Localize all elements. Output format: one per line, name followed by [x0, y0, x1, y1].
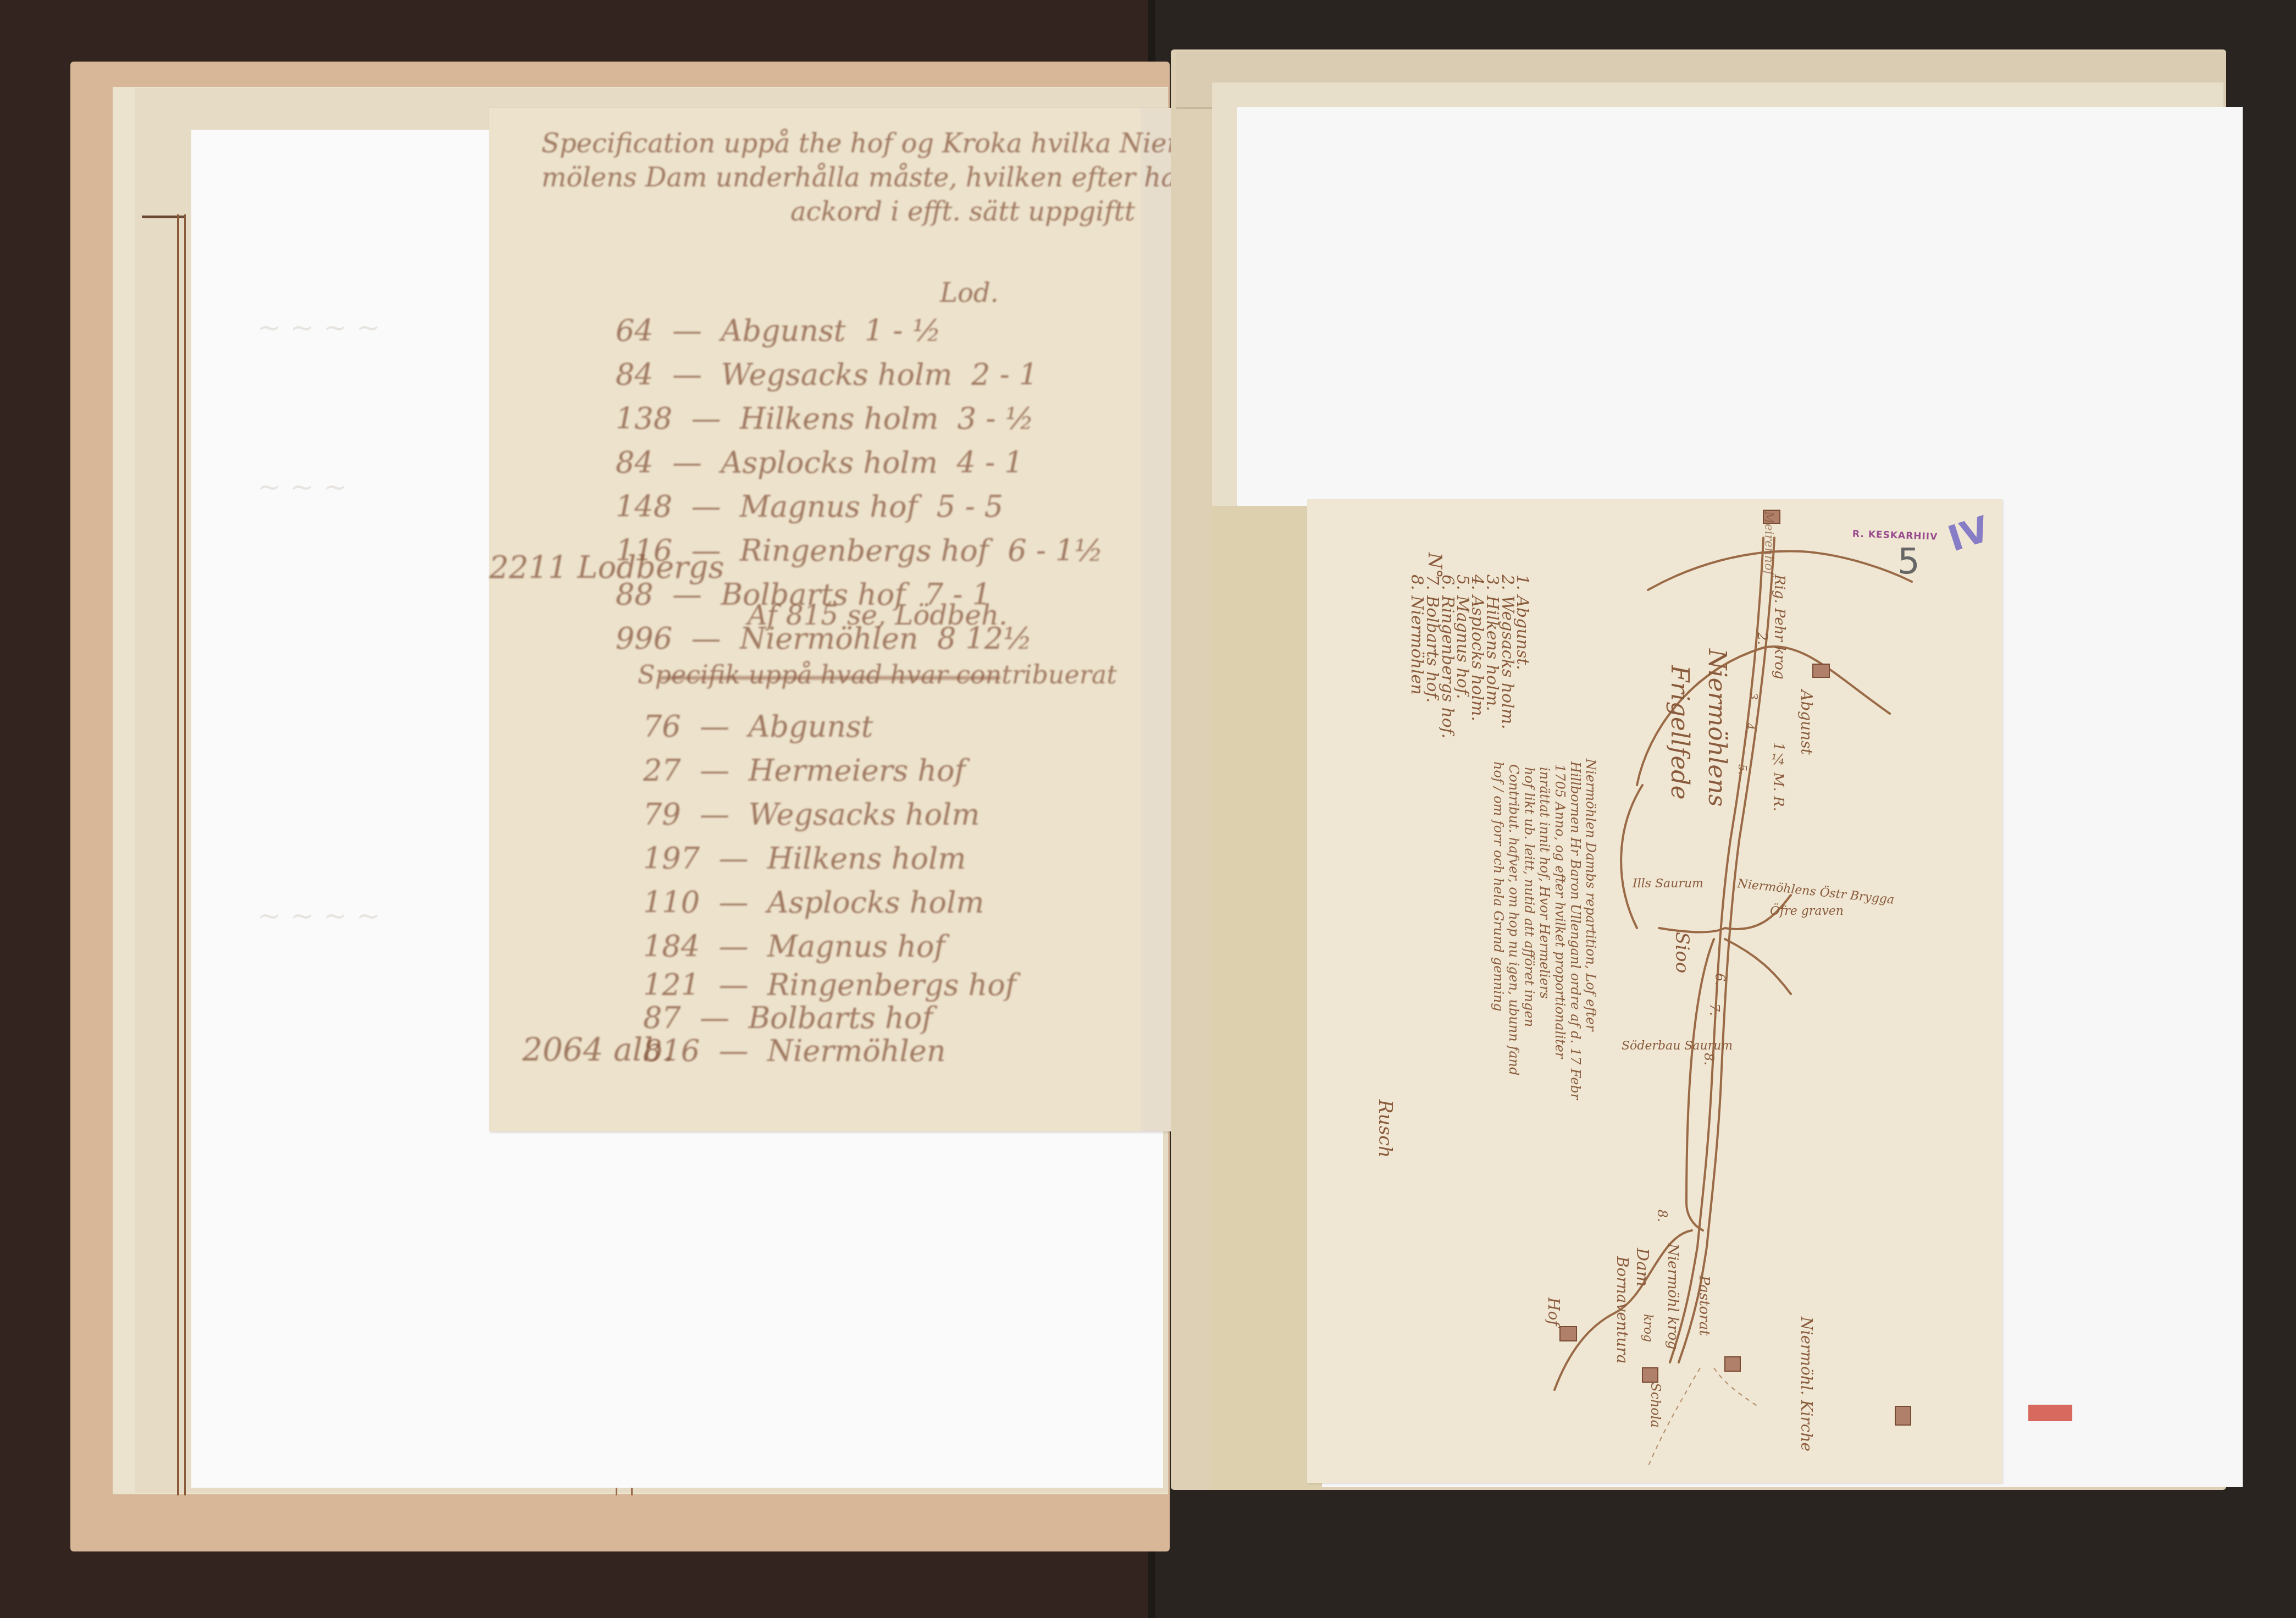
- row-number: 5 - 5: [937, 489, 1003, 524]
- label-soderbau: Söderbau Saurum: [1622, 1039, 1733, 1053]
- printed-rule-horizontal: [142, 216, 186, 218]
- note-line: 1705 Anno, og efter hvilket proportional…: [1552, 764, 1568, 1058]
- list-header: Specification uppå the hof og Kroka hvil…: [541, 126, 1135, 229]
- note-line: hof / om forr och hela Grund genning: [1491, 761, 1506, 1012]
- table-note: Af 815 se, Lödbeh.: [748, 599, 1008, 631]
- table-row: 27 — Hermeiers hof: [643, 753, 966, 788]
- table-row: 816 — Niermöhlen: [643, 1034, 946, 1068]
- row-value: 27: [643, 753, 681, 788]
- row-value: 110: [643, 885, 700, 920]
- row-name: Ringenbergs hof: [767, 968, 1016, 1002]
- row-value: 84: [616, 445, 654, 480]
- show-through-text: ~ ~ ~ ~: [257, 899, 380, 932]
- signature: Rusch: [1374, 1100, 1396, 1158]
- row-name: Asplocks holm: [721, 445, 938, 480]
- map-sheet-backing: [1212, 506, 1322, 1490]
- label-schola: Schola: [1648, 1383, 1663, 1428]
- show-through-text: ~ ~ ~ ~: [257, 311, 380, 344]
- road-marker: 7.: [1707, 1003, 1722, 1016]
- table-row: 79 — Wegsacks holm: [643, 797, 980, 832]
- label-bridge-2: Öfre graven: [1770, 904, 1844, 918]
- note-line: Contribut. hafver, om hop nu igen, ubunn…: [1506, 764, 1522, 1075]
- row-value: 197: [643, 841, 700, 876]
- label-ills-saurum: Ills Saurum: [1633, 877, 1703, 891]
- building-icon: [1642, 1368, 1658, 1382]
- label-dam: Dam: [1633, 1248, 1652, 1286]
- list-column-header: Lod.: [940, 278, 999, 308]
- row-name: Bolbarts hof: [748, 1001, 933, 1035]
- table-row: 197 — Hilkens holm: [643, 841, 966, 876]
- table-row: 76 — Abgunst: [643, 709, 873, 744]
- second-heading: Specifik uppå hvad hvar contribuerat: [638, 660, 1117, 689]
- label-hof: Hof: [1545, 1297, 1563, 1326]
- row-number: 4 - 1: [956, 445, 1023, 480]
- row-name: Magnus hof: [767, 929, 945, 964]
- row-value: 87: [643, 1001, 681, 1035]
- list-header-line: mölens Dam underhålla måste, hvilken eft…: [541, 161, 1135, 195]
- list-header-line: ackord i efft. sätt uppgiftt: [541, 195, 1135, 229]
- row-name: Hilkens holm: [740, 401, 939, 436]
- row-name: Ringenbergs hof: [740, 533, 989, 568]
- label-krog: krog: [1641, 1314, 1655, 1342]
- list-header-line: Specification uppå the hof og Kroka hvil…: [541, 126, 1135, 161]
- row-name: Hilkens holm: [767, 841, 966, 876]
- row-value: 79: [643, 797, 681, 832]
- table-row: 84 — Wegsacks holm 2 - 1: [616, 357, 1038, 392]
- row-name: Wegsacks holm: [721, 357, 952, 392]
- note-line: Hillbornen Hr Baron Ullenganl ordre af d…: [1568, 761, 1583, 1100]
- row-number: 1 - ½: [865, 313, 941, 348]
- road-marker: 3.: [1747, 693, 1760, 703]
- row-number: 3 - ½: [958, 401, 1034, 436]
- row-name: Asplocks holm: [767, 885, 984, 920]
- row-value: 121: [643, 968, 700, 1002]
- note-line: Niermöhlen Dambs repartition, Lof efter: [1583, 759, 1598, 1031]
- church-icon: [1895, 1406, 1911, 1425]
- label-church: Niermöhl. Kirche: [1797, 1317, 1816, 1451]
- label-top-estate: Meirenhof: [1762, 511, 1775, 575]
- row-value: 84: [616, 357, 654, 392]
- road-marker: 8.: [1655, 1210, 1670, 1222]
- note-line: inrättat innit hof, Hvor Hermeliers: [1537, 767, 1552, 998]
- row-value: 76: [643, 709, 681, 744]
- building-icon: [1813, 664, 1829, 677]
- show-through-text: ~ ~ ~: [257, 471, 347, 504]
- table-row: 184 — Magnus hof: [643, 929, 945, 964]
- row-value: 148: [616, 489, 672, 524]
- road-marker: 2.: [1755, 632, 1770, 645]
- red-marker-tab: [2028, 1405, 2072, 1421]
- table-row: 84 — Asplocks holm 4 - 1: [616, 445, 1023, 480]
- label-abgunst: Abgunst: [1797, 690, 1816, 755]
- pencil-folio-number: 5: [1897, 542, 1920, 582]
- row-name: Hermeiers hof: [748, 753, 965, 788]
- row-name: Niermöhlen: [767, 1034, 946, 1068]
- label-rig-pehr-krog: Rig. Pehr krog: [1771, 575, 1788, 680]
- row-name: Magnus hof: [740, 489, 918, 524]
- row-value: 64: [616, 313, 654, 348]
- legend-item-8: 8. Niermöhlen: [1407, 575, 1426, 695]
- label-river: Niermöhlens: [1703, 649, 1731, 807]
- label-niermohl-krog: Niermöhl krog: [1664, 1244, 1681, 1350]
- row-number: 6 - 1½: [1008, 533, 1103, 568]
- note-line: hof likt ub. leitt, nutid att afföret in…: [1522, 767, 1537, 1027]
- building-icon: [1725, 1357, 1740, 1371]
- table-row: 110 — Asplocks holm: [643, 885, 984, 920]
- row-number: 2 - 1: [971, 357, 1038, 392]
- row-name: Abgunst: [721, 313, 845, 348]
- row-name: Wegsacks holm: [748, 797, 980, 832]
- road-marker: 4.: [1744, 723, 1757, 733]
- road-marker: 6.: [1712, 973, 1728, 986]
- label-area: Frigellfede: [1666, 665, 1694, 800]
- table-row: 87 — Bolbarts hof: [643, 1001, 933, 1035]
- label-bornaventura: Bornaventura: [1613, 1256, 1631, 1363]
- row-name: Abgunst: [748, 709, 873, 744]
- table-row: 138 — Hilkens holm 3 - ½: [616, 401, 1034, 436]
- row-value: 996: [616, 621, 672, 656]
- table-row: 148 — Magnus hof 5 - 5: [616, 489, 1003, 524]
- row-value: 184: [643, 929, 700, 964]
- printed-margin-rule: [177, 214, 179, 1495]
- label-distance: 1¼ M. R.: [1770, 742, 1786, 811]
- road-marker: 5.: [1736, 764, 1749, 775]
- printed-margin-rule: [184, 214, 186, 1495]
- table-total: 2064 alb.: [522, 1031, 673, 1068]
- label-pastorat: Pastorat: [1696, 1275, 1712, 1336]
- label-lake: Sioo: [1671, 932, 1693, 973]
- table-row: 121 — Ringenbergs hof: [643, 968, 1016, 1002]
- road-marker: 8.: [1701, 1053, 1717, 1065]
- river-loop: [1621, 785, 1642, 928]
- table-row: 64 — Abgunst 1 - ½: [616, 313, 941, 348]
- building-icon: [1560, 1327, 1576, 1341]
- row-value: 138: [616, 401, 672, 436]
- table-total: 2211 Lodbergs: [489, 550, 724, 586]
